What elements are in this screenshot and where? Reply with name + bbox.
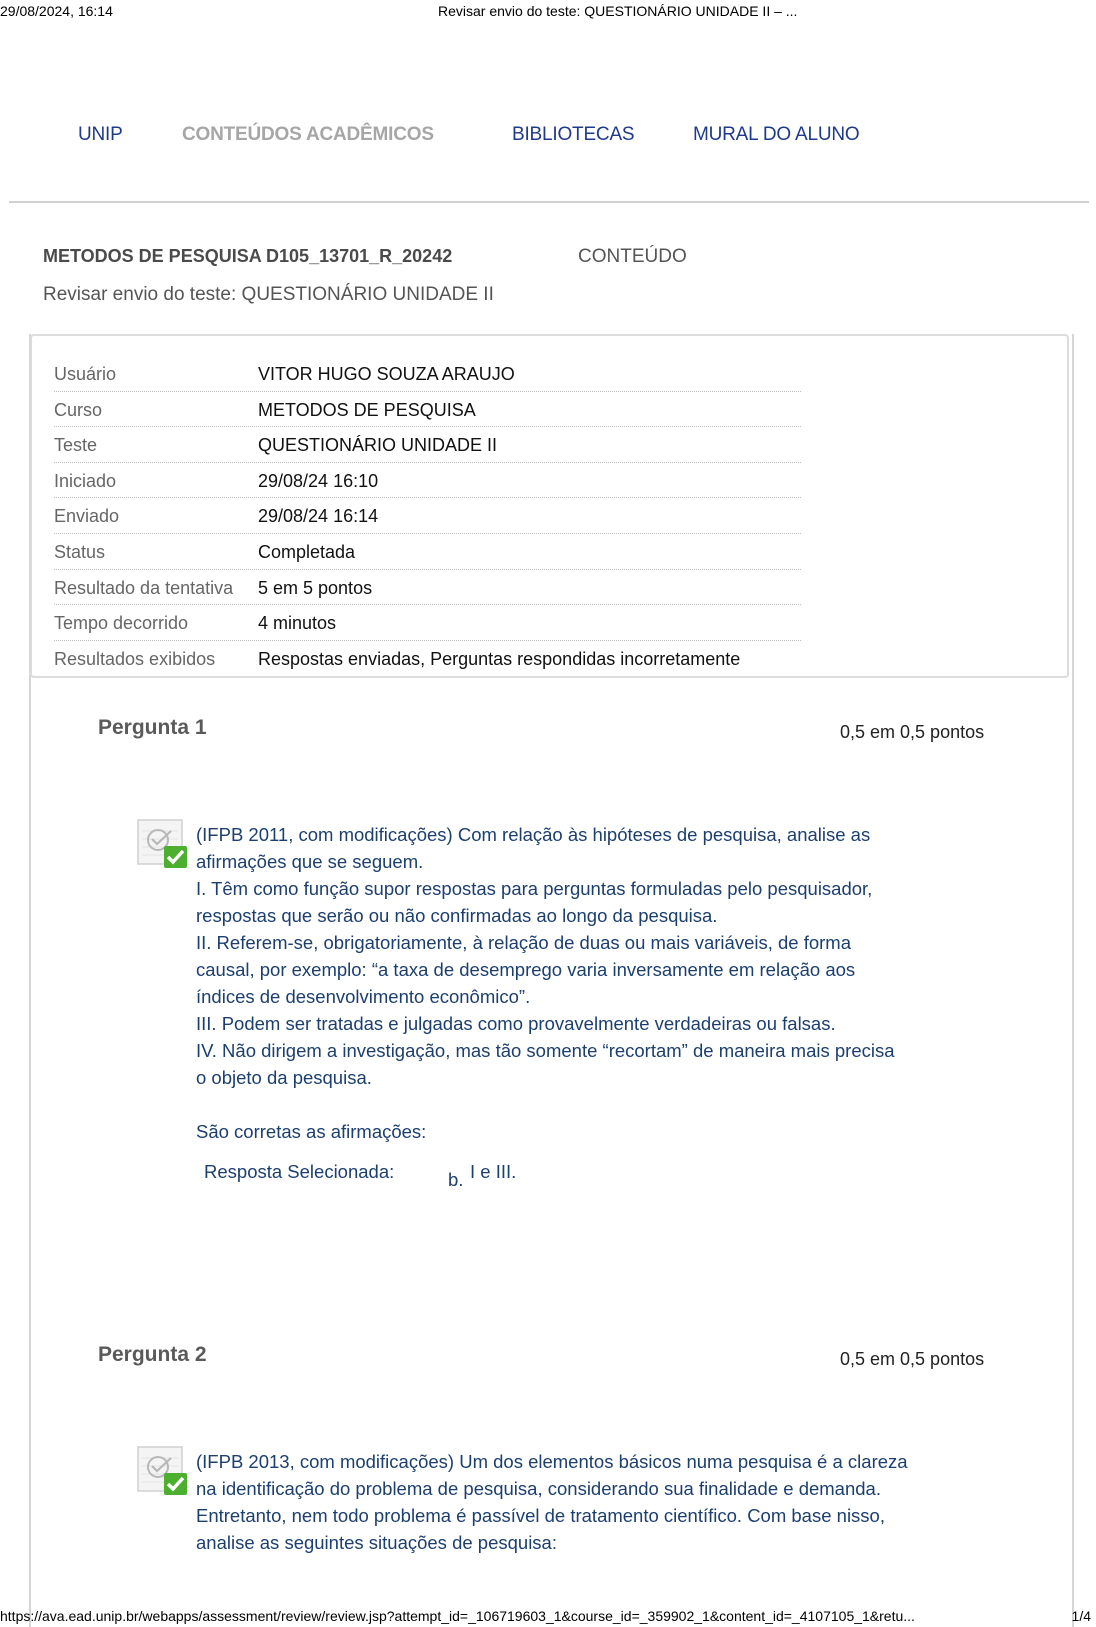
- summary-row-enviado: Enviado 29/08/24 16:14: [54, 498, 801, 534]
- summary-value: 29/08/24 16:14: [258, 506, 378, 527]
- summary-row-curso: Curso METODOS DE PESQUISA: [54, 392, 801, 428]
- question-line: IV. Não dirigem a investigação, mas tão …: [196, 1037, 976, 1064]
- question-text: (IFPB 2013, com modificações) Um dos ele…: [196, 1448, 976, 1556]
- nav-link-bibliotecas[interactable]: BIBLIOTECAS: [512, 124, 634, 146]
- attempt-summary: Usuário VITOR HUGO SOUZA ARAUJO Curso ME…: [30, 334, 1069, 678]
- question-line: II. Referem-se, obrigatoriamente, à rela…: [196, 929, 976, 956]
- summary-label: Curso: [54, 400, 102, 421]
- summary-table: Usuário VITOR HUGO SOUZA ARAUJO Curso ME…: [54, 356, 801, 675]
- question-line: III. Podem ser tratadas e julgadas como …: [196, 1010, 976, 1037]
- summary-value: QUESTIONÁRIO UNIDADE II: [258, 435, 497, 456]
- summary-row-tempo: Tempo decorrido 4 minutos: [54, 605, 801, 641]
- breadcrumb-section[interactable]: CONTEÚDO: [578, 246, 687, 268]
- summary-label: Resultado da tentativa: [54, 578, 233, 599]
- summary-label: Enviado: [54, 506, 119, 527]
- question-line: Entretanto, nem todo problema é passível…: [196, 1502, 976, 1529]
- summary-row-usuario: Usuário VITOR HUGO SOUZA ARAUJO: [54, 356, 801, 392]
- question-line: o objeto da pesquisa.: [196, 1064, 976, 1091]
- question-line: I. Têm como função supor respostas para …: [196, 875, 976, 902]
- selected-answer-label: Resposta Selecionada:: [204, 1161, 394, 1182]
- correct-answer-icon: [137, 819, 189, 869]
- summary-row-teste: Teste QUESTIONÁRIO UNIDADE II: [54, 427, 801, 463]
- question-line: São corretas as afirmações:: [196, 1118, 976, 1145]
- summary-row-status: Status Completada: [54, 534, 801, 570]
- question-points: 0,5 em 0,5 pontos: [840, 1349, 984, 1370]
- selected-answer: Resposta Selecionada: b. I e III.: [204, 1161, 394, 1183]
- print-url: https://ava.ead.unip.br/webapps/assessme…: [0, 1608, 915, 1624]
- summary-label: Usuário: [54, 364, 116, 385]
- summary-row-iniciado: Iniciado 29/08/24 16:10: [54, 463, 801, 499]
- question-line: na identificação do problema de pesquisa…: [196, 1475, 976, 1502]
- question-title: Pergunta 2: [98, 1343, 207, 1367]
- question-line: índices de desenvolvimento econômico”.: [196, 983, 976, 1010]
- print-footer: https://ava.ead.unip.br/webapps/assessme…: [0, 1608, 1096, 1627]
- print-header: 29/08/2024, 16:14 Revisar envio do teste…: [0, 3, 1096, 23]
- summary-label: Resultados exibidos: [54, 649, 215, 670]
- question-points: 0,5 em 0,5 pontos: [840, 722, 984, 743]
- question-line: respostas que serão ou não confirmadas a…: [196, 902, 976, 929]
- question-line: (IFPB 2011, com modificações) Com relaçã…: [196, 821, 976, 848]
- summary-value: VITOR HUGO SOUZA ARAUJO: [258, 364, 515, 385]
- page-title: Revisar envio do teste: QUESTIONÁRIO UNI…: [43, 284, 494, 306]
- summary-label: Tempo decorrido: [54, 613, 188, 634]
- correct-answer-icon: [137, 1446, 189, 1496]
- summary-value: 4 minutos: [258, 613, 336, 634]
- question-title: Pergunta 1: [98, 716, 207, 740]
- question-text: (IFPB 2011, com modificações) Com relaçã…: [196, 821, 976, 1145]
- summary-value: 5 em 5 pontos: [258, 578, 372, 599]
- question-line: afirmações que se seguem.: [196, 848, 976, 875]
- selected-answer-text: I e III.: [470, 1161, 516, 1183]
- summary-value: 29/08/24 16:10: [258, 471, 378, 492]
- selected-answer-letter: b.: [448, 1169, 463, 1191]
- summary-label: Status: [54, 542, 105, 563]
- nav-link-mural-do-aluno[interactable]: MURAL DO ALUNO: [693, 124, 859, 146]
- nav-link-unip[interactable]: UNIP: [78, 124, 123, 146]
- status-badge: Completada: [258, 542, 355, 563]
- print-page-number: 1/4: [1072, 1608, 1091, 1624]
- nav-divider: [9, 201, 1089, 203]
- question-line: (IFPB 2013, com modificações) Um dos ele…: [196, 1448, 976, 1475]
- summary-row-resultados-exibidos: Resultados exibidos Respostas enviadas, …: [54, 641, 801, 676]
- breadcrumb-course[interactable]: METODOS DE PESQUISA D105_13701_R_20242: [43, 246, 452, 267]
- question-line: causal, por exemplo: “a taxa de desempre…: [196, 956, 976, 983]
- print-datetime: 29/08/2024, 16:14: [0, 3, 113, 19]
- print-page-title: Revisar envio do teste: QUESTIONÁRIO UNI…: [438, 3, 797, 19]
- summary-value: Respostas enviadas, Perguntas respondida…: [258, 649, 740, 670]
- summary-row-resultado: Resultado da tentativa 5 em 5 pontos: [54, 570, 801, 606]
- summary-label: Teste: [54, 435, 97, 456]
- nav-link-conteudos-academicos[interactable]: CONTEÚDOS ACADÊMICOS: [182, 124, 434, 146]
- summary-label: Iniciado: [54, 471, 116, 492]
- question-line: [196, 1091, 976, 1118]
- summary-value: METODOS DE PESQUISA: [258, 400, 476, 421]
- question-line: analise as seguintes situações de pesqui…: [196, 1529, 976, 1556]
